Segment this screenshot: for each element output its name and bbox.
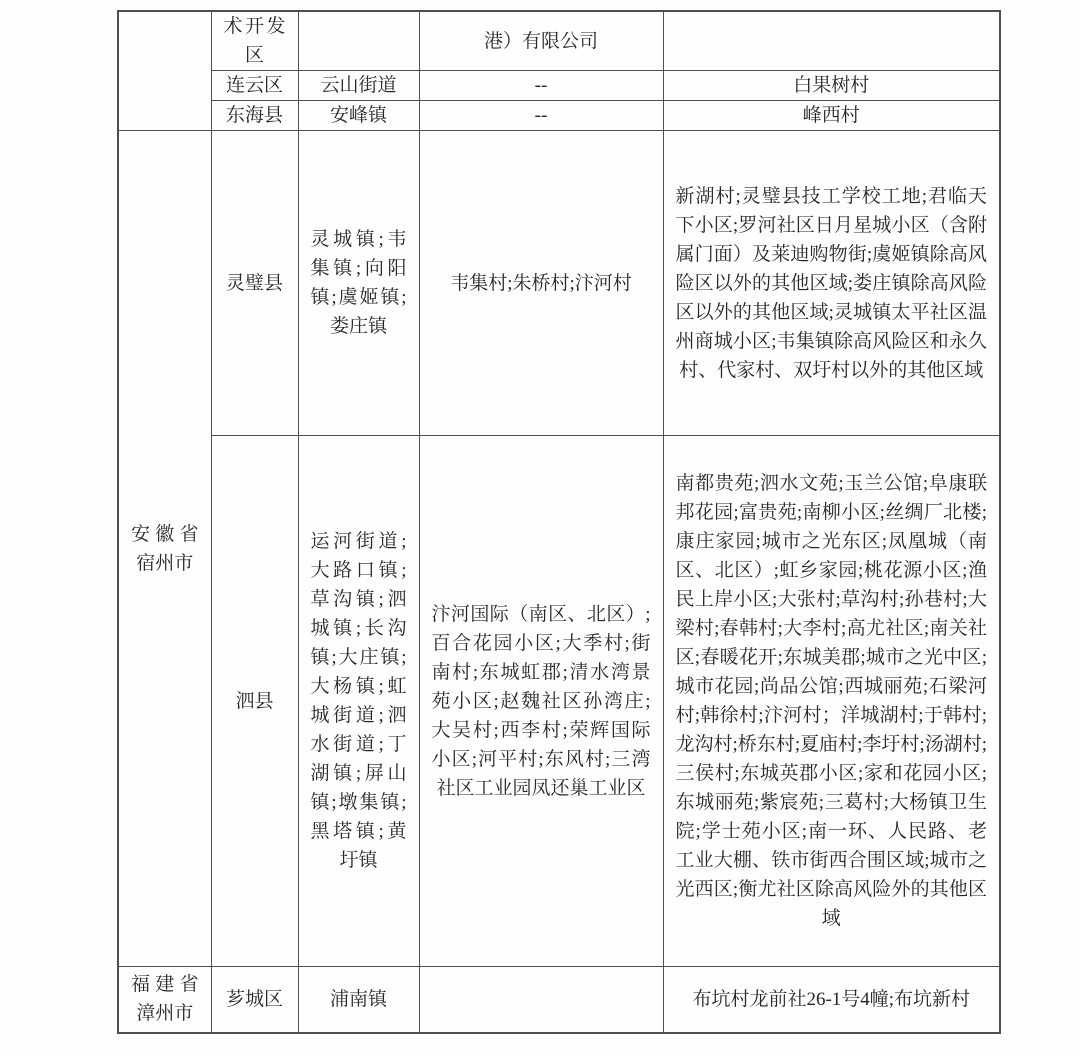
cell-mid-lingbi: 韦集村;朱桥村;汴河村 (419, 131, 663, 436)
cell-towns-lingbi: 灵城镇;韦集镇;向阳镇;虞姬镇;娄庄镇 (298, 131, 419, 436)
table-row-donghai: 东海县 安峰镇 -- 峰西村 (118, 101, 1000, 131)
cell-province-anhui: 安徽省宿州市 (118, 131, 211, 967)
cell-town-punan: 浦南镇 (298, 967, 419, 1033)
cell-county-kaifaqu-fragment: 术开发区 (211, 11, 298, 71)
cell-town-kaifaqu-empty (298, 11, 419, 71)
table-row-top-partial: 术开发区 港）有限公司 (118, 11, 1000, 71)
cell-villages-kaifaqu-empty (663, 11, 1000, 71)
table-row-lingbi: 安徽省宿州市 灵璧县 灵城镇;韦集镇;向阳镇;虞姬镇;娄庄镇 韦集村;朱桥村;汴… (118, 131, 1000, 436)
risk-area-table: 术开发区 港）有限公司 连云区 云山街道 -- 白果树村 东海县 安峰镇 -- … (117, 10, 1001, 1034)
cell-villages-zhangzhou: 布坑村龙前社26-1号4幢;布坑新村 (663, 967, 1000, 1033)
cell-mid-donghai: -- (419, 101, 663, 131)
cell-county-lingbi: 灵璧县 (211, 131, 298, 436)
cell-county-xiangcheng: 芗城区 (211, 967, 298, 1033)
cell-villages-sixian: 南都贵苑;泗水文苑;玉兰公馆;阜康联邦花园;富贵苑;南柳小区;丝绸厂北楼;康庄家… (663, 436, 1000, 967)
cell-county-lianyun: 连云区 (211, 71, 298, 101)
cell-county-sixian: 泗县 (211, 436, 298, 967)
table-row-lianyun: 连云区 云山街道 -- 白果树村 (118, 71, 1000, 101)
table-row-zhangzhou: 福建省漳州市 芗城区 浦南镇 布坑村龙前社26-1号4幢;布坑新村 (118, 967, 1000, 1033)
cell-villages-donghai: 峰西村 (663, 101, 1000, 131)
cell-province-jiangsu-empty (118, 11, 211, 131)
cell-villages-lingbi: 新湖村;灵璧县技工学校工地;君临天下小区;罗河社区日月星城小区（含附属门面）及莱… (663, 131, 1000, 436)
cell-county-donghai: 东海县 (211, 101, 298, 131)
cell-mid-sixian: 汴河国际（南区、北区）;百合花园小区;大季村;街南村;东城虹郡;清水湾景苑小区;… (419, 436, 663, 967)
cell-town-lianyun: 云山街道 (298, 71, 419, 101)
cell-province-fujian: 福建省漳州市 (118, 967, 211, 1033)
cell-mid-lianyun: -- (419, 71, 663, 101)
cell-villages-lianyun: 白果树村 (663, 71, 1000, 101)
table-row-sixian: 泗县 运河街道;大路口镇;草沟镇;泗城镇;长沟镇;大庄镇;大杨镇;虹城街道;泗水… (118, 436, 1000, 967)
cell-towns-sixian: 运河街道;大路口镇;草沟镇;泗城镇;长沟镇;大庄镇;大杨镇;虹城街道;泗水街道;… (298, 436, 419, 967)
cell-town-donghai: 安峰镇 (298, 101, 419, 131)
cell-mid-kaifaqu-fragment: 港）有限公司 (419, 11, 663, 71)
cell-mid-zhangzhou-empty (419, 967, 663, 1033)
